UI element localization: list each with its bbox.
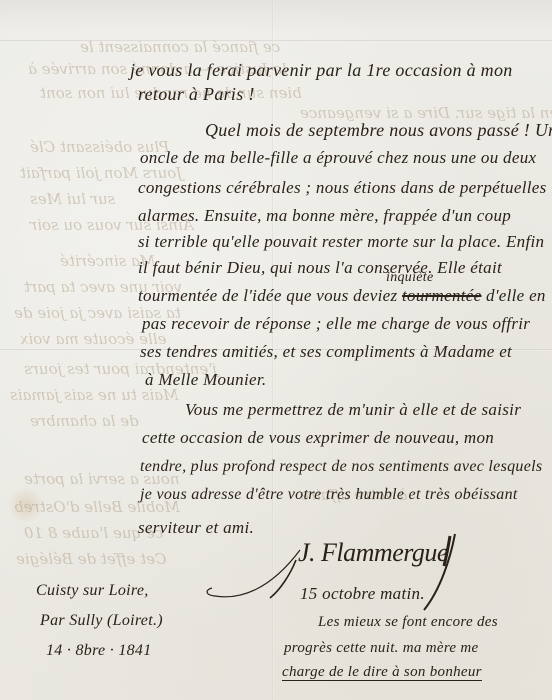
- address-line: Cuisty sur Loire,: [36, 582, 149, 600]
- letter-page: ce fiancé la connaissent le le Justice —…: [0, 0, 552, 700]
- postscript-underlined-text: charge de le dire à son bonheur: [282, 664, 482, 681]
- postscript-line: Les mieux se font encore des: [318, 614, 498, 631]
- address-date: 14 · 8bre · 1841: [46, 642, 152, 660]
- address-line: Par Sully (Loiret.): [40, 612, 163, 630]
- postscript-line: charge de le dire à son bonheur: [282, 664, 482, 681]
- postscript-date: 15 octobre matin.: [300, 584, 425, 604]
- postscript-line: progrès cette nuit. ma mère me: [284, 640, 479, 657]
